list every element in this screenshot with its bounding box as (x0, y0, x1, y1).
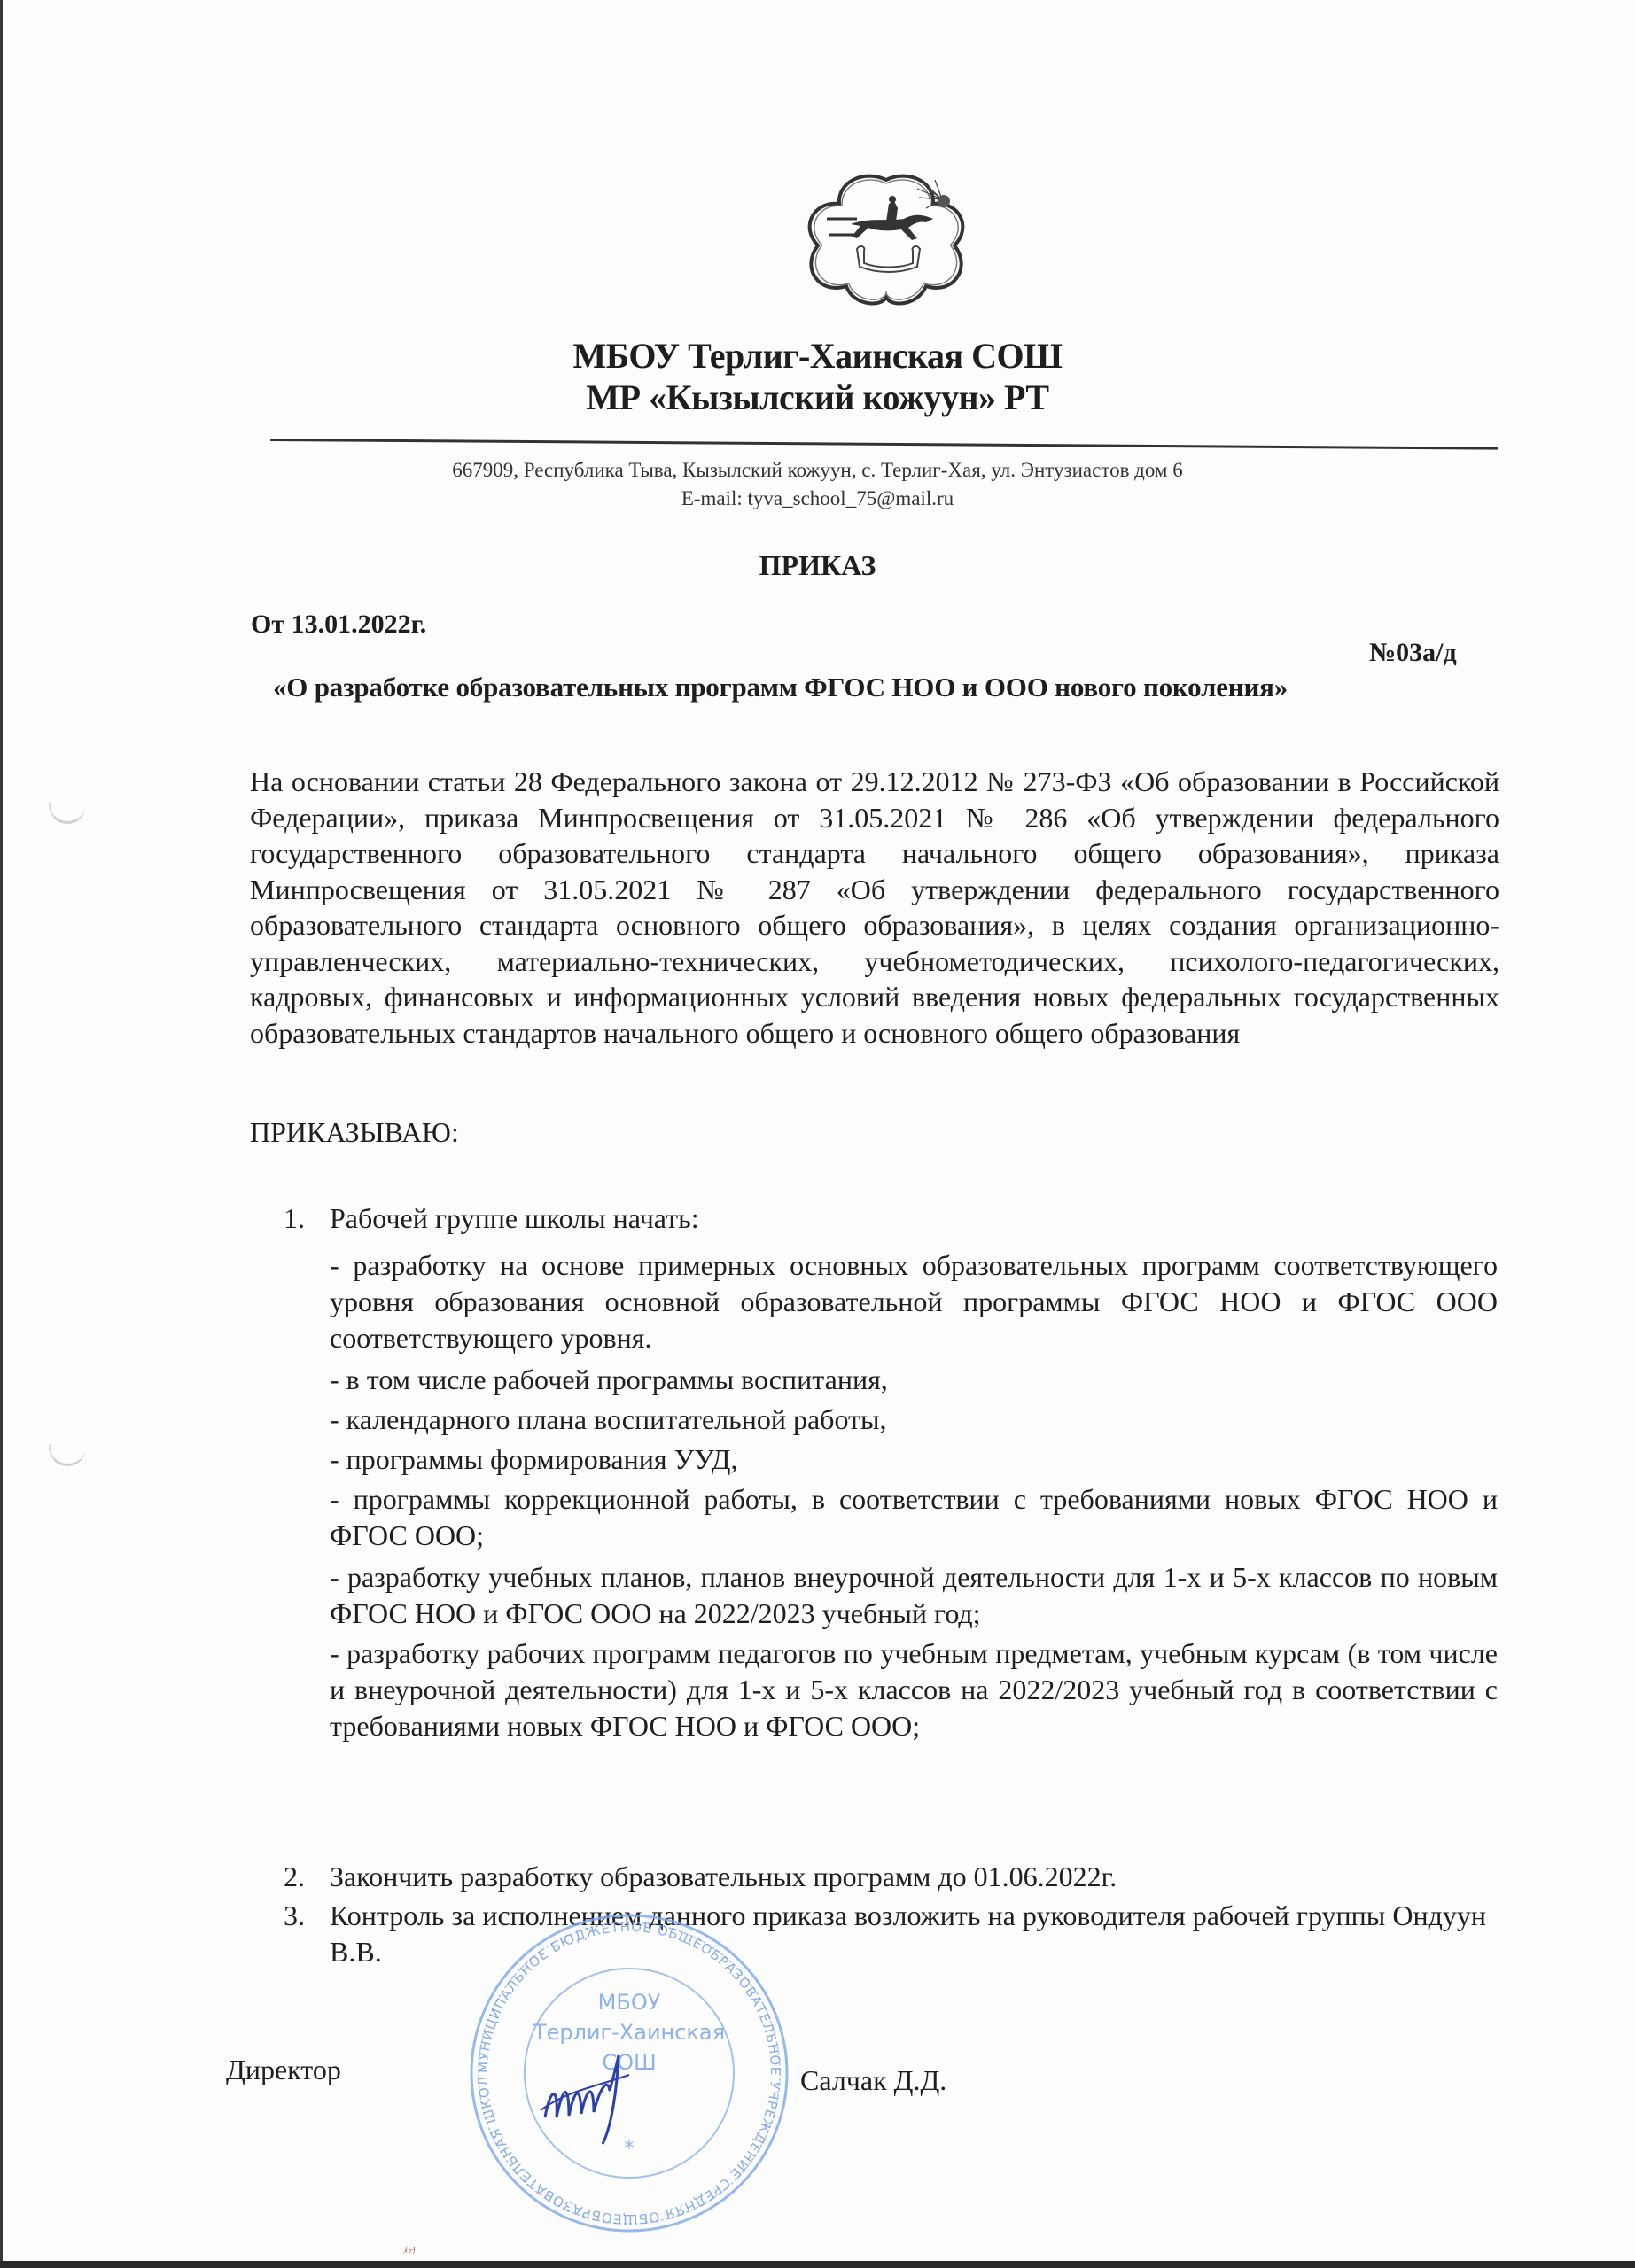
document-date: От 13.01.2022г. (251, 610, 426, 640)
subitem: - разработку на основе примерных основны… (330, 1247, 1498, 1356)
org-district: МР «Кызылский кожуун» РТ (0, 377, 1635, 418)
item-number: 2. (284, 1859, 305, 1895)
scan-edge-bottom (0, 2261, 1635, 2268)
scan-mark: ﾒｯﾅ (403, 2243, 417, 2256)
punch-hole-mark (49, 802, 86, 824)
stamp-center-line: СОШ (602, 2050, 656, 2075)
org-name: МБОУ Терлиг-Хаинская СОШ (0, 335, 1635, 377)
directive-heading: ПРИКАЗЫВАЮ: (250, 1116, 459, 1149)
preamble-paragraph: На основании статьи 28 Федерального зако… (250, 764, 1499, 1051)
item-number: 1. (284, 1200, 305, 1237)
item-number: 3. (284, 1898, 305, 1934)
subitem: - разработку учебных планов, планов внеу… (330, 1559, 1498, 1632)
signatory-name: Салчак Д.Д. (800, 2064, 946, 2097)
official-stamp: МУНИЦИПАЛЬНОЕ БЮДЖЕТНОЕ ОБЩЕОБРАЗОВАТЕЛЬ… (461, 1914, 798, 2233)
punch-hole-mark (49, 1444, 86, 1466)
order-item-1-subitems: - разработку на основе примерных основны… (330, 1247, 1498, 1744)
document-title: «О разработке образовательных программ Ф… (273, 672, 1288, 703)
stamp-center-line: Терлиг-Хаинская (533, 2020, 725, 2045)
stamp-star-icon: * (625, 2138, 635, 2160)
item-text: Закончить разработку образовательных про… (330, 1859, 1486, 1895)
item-text: Рабочей группе школы начать: (330, 1200, 1486, 1237)
header-divider (270, 439, 1498, 450)
tuva-emblem-icon (802, 173, 970, 306)
document-type: ПРИКАЗ (0, 549, 1635, 582)
org-address: 667909, Республика Тыва, Кызылский кожуу… (0, 459, 1635, 482)
subitem: - разработку рабочих программ педагогов … (330, 1635, 1498, 1744)
stamp-center-line: МБОУ (598, 1990, 661, 2015)
subitem: - календарного плана воспитательной рабо… (330, 1402, 1498, 1438)
subitem: - программы формирования УУД, (330, 1441, 1498, 1478)
signatory-position: Директор (226, 2054, 341, 2086)
document-number: №03а/д (1369, 638, 1457, 668)
subitem: - в том числе рабочей программы воспитан… (330, 1362, 1498, 1398)
subitem: - программы коррекционной работы, в соот… (330, 1481, 1498, 1554)
org-email: E-mail: tyva_school_75@mail.ru (0, 487, 1635, 510)
